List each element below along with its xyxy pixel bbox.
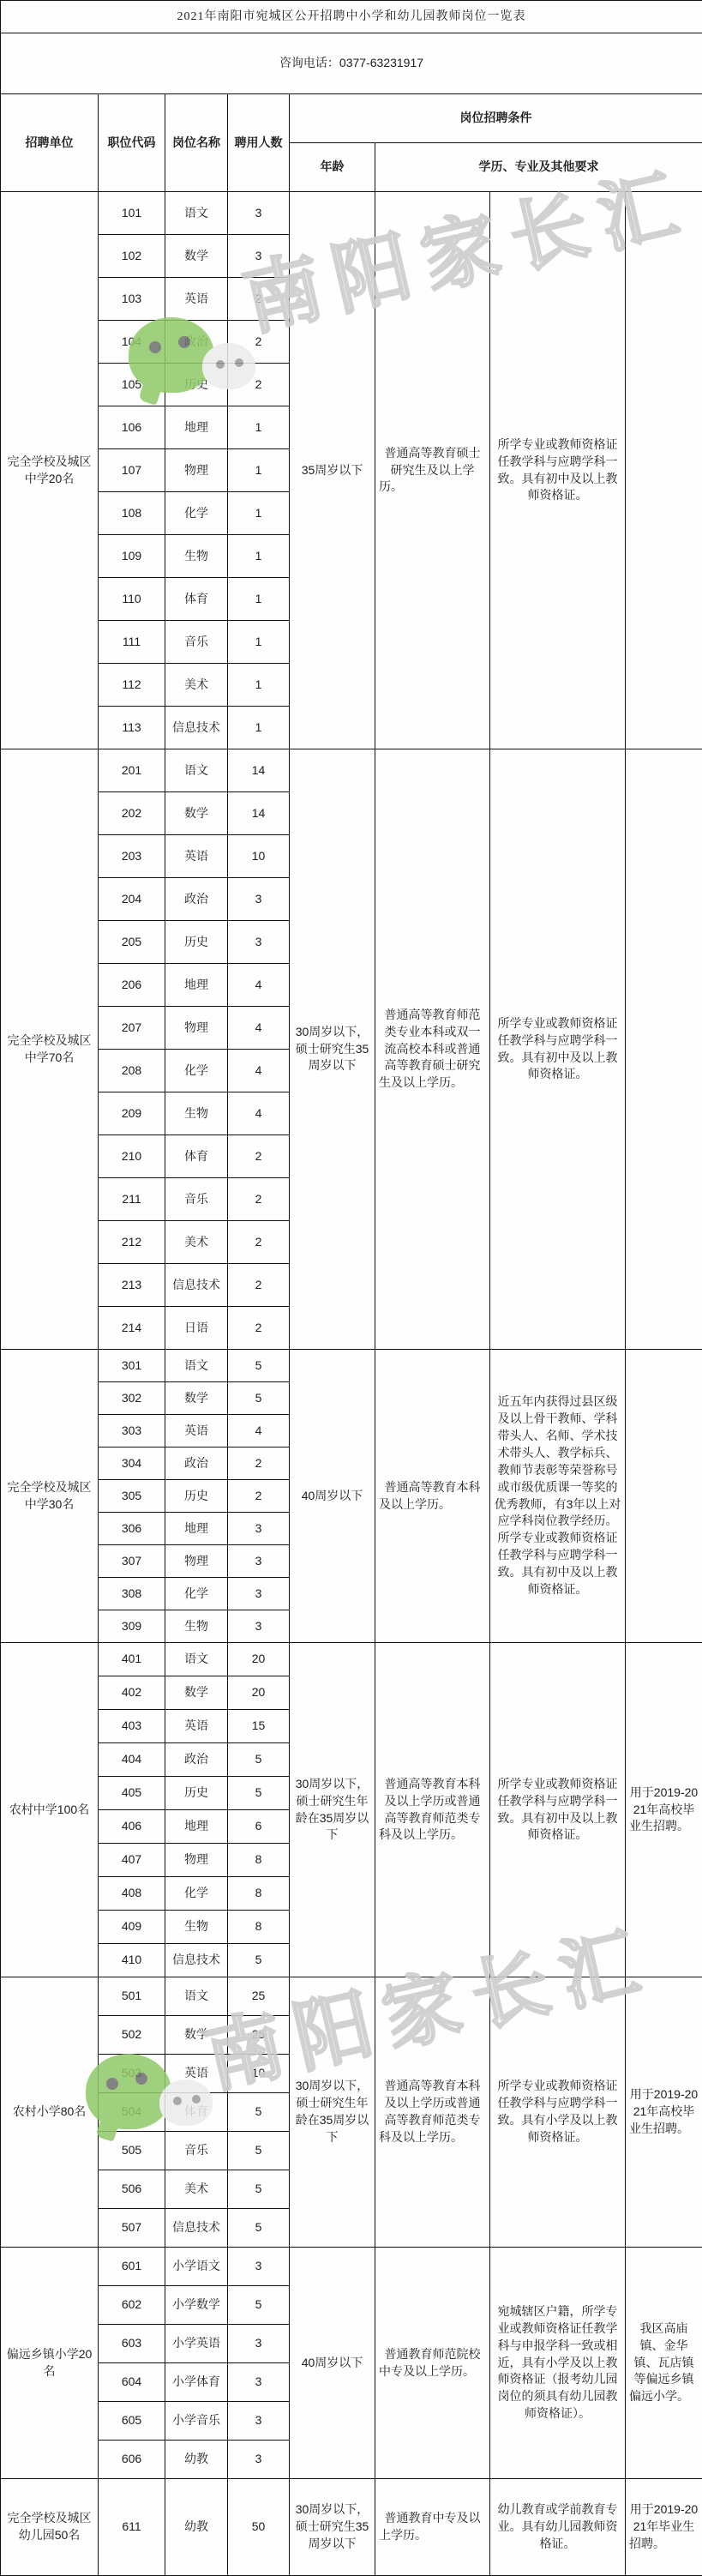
hire-count-cell: 3 (228, 2402, 290, 2441)
hire-count-cell: 4 (228, 964, 290, 1007)
hire-count-cell: 5 (228, 1382, 290, 1415)
hire-count-cell: 8 (228, 1877, 290, 1911)
position-code-cell: 307 (99, 1545, 165, 1578)
position-code-cell: 404 (99, 1743, 165, 1777)
subject-cell: 小学音乐 (165, 2402, 228, 2441)
subject-cell: 英语 (165, 1710, 228, 1743)
hire-count-cell: 5 (228, 2170, 290, 2209)
subject-cell: 数学 (165, 2016, 228, 2055)
hire-count-cell: 1 (228, 406, 290, 449)
position-code-cell: 304 (99, 1447, 165, 1480)
position-code-cell: 208 (99, 1050, 165, 1092)
hire-count-cell: 3 (228, 1545, 290, 1578)
other-requirement-cell: 宛城辖区户籍，所学专业或教师资格证任教学科与申报学科一致或相近，具有小学及以上教… (490, 2248, 626, 2479)
education-requirement-cell: 普通高等教育本科及以上学历。 (375, 1350, 490, 1643)
position-code-cell: 606 (99, 2441, 165, 2479)
hire-count-cell: 2 (228, 1178, 290, 1221)
hire-count-cell: 5 (228, 2286, 290, 2325)
phone-row: 咨询电话：0377-63231917 (1, 33, 702, 94)
position-code-cell: 306 (99, 1513, 165, 1545)
subject-cell: 英语 (165, 1415, 228, 1447)
hire-count-cell: 10 (228, 2055, 290, 2093)
subject-cell: 地理 (165, 1513, 228, 1545)
position-code-cell: 309 (99, 1610, 165, 1643)
other-requirement-cell: 所学专业或教师资格证任教学科与应聘学科一致。具有初中及以上教师资格证。 (490, 1643, 626, 1977)
subject-cell: 物理 (165, 1007, 228, 1050)
hire-count-cell: 3 (228, 192, 290, 235)
subject-cell: 化学 (165, 492, 228, 535)
hire-count-cell: 2 (228, 278, 290, 321)
table-row: 完全学校及城区中学30名301语文540周岁以下普通高等教育本科及以上学历。近五… (1, 1350, 702, 1382)
subject-cell: 数学 (165, 1382, 228, 1415)
hire-count-cell: 3 (228, 235, 290, 278)
table-row: 农村中学100名401语文2030周岁以下，硕士研究生年龄在35周岁以下普通高等… (1, 1643, 702, 1676)
position-code-cell: 409 (99, 1911, 165, 1944)
subject-cell: 信息技术 (165, 707, 228, 749)
recruitment-table: 2021年南阳市宛城区公开招聘中小学和幼儿园教师岗位一览表 咨询电话：0377-… (0, 0, 702, 2576)
hire-count-cell: 25 (228, 2016, 290, 2055)
subject-cell: 信息技术 (165, 2209, 228, 2248)
subject-cell: 信息技术 (165, 1944, 228, 1977)
position-code-cell: 501 (99, 1977, 165, 2016)
subject-cell: 体育 (165, 2093, 228, 2132)
header-unit: 招聘单位 (1, 94, 99, 192)
header-code: 职位代码 (99, 94, 165, 192)
hire-count-cell: 1 (228, 578, 290, 621)
age-requirement-cell: 35周岁以下 (290, 192, 375, 749)
header-position-name: 岗位名称 (165, 94, 228, 192)
table-row: 完全学校及城区中学70名201语文1430周岁以下，硕士研究生35周岁以下普通高… (1, 749, 702, 792)
hire-count-cell: 5 (228, 2093, 290, 2132)
subject-cell: 音乐 (165, 1178, 228, 1221)
age-requirement-cell: 30周岁以下，硕士研究生年龄在35周岁以下 (290, 1977, 375, 2248)
hire-count-cell: 1 (228, 535, 290, 578)
hire-count-cell: 5 (228, 1743, 290, 1777)
remark-cell: 用于2019-2021年毕业生招聘。 (626, 2479, 702, 2576)
position-code-cell: 601 (99, 2248, 165, 2286)
subject-cell: 数学 (165, 1676, 228, 1710)
age-requirement-cell: 30周岁以下，硕士研究生35周岁以下 (290, 2479, 375, 2576)
table-body: 完全学校及城区中学20名101语文335周岁以下普通高等教育硕士研究生及以上学历… (1, 192, 702, 2576)
hire-count-cell: 2 (228, 1480, 290, 1513)
subject-cell: 幼教 (165, 2441, 228, 2479)
subject-cell: 数学 (165, 235, 228, 278)
education-requirement-cell: 普通高等教育硕士研究生及以上学历。 (375, 192, 490, 749)
subject-cell: 日语 (165, 1307, 228, 1350)
position-code-cell: 401 (99, 1643, 165, 1676)
other-requirement-cell: 所学专业或教师资格证任教学科与应聘学科一致。具有初中及以上教师资格证。 (490, 192, 626, 749)
subject-cell: 美术 (165, 664, 228, 707)
position-code-cell: 505 (99, 2132, 165, 2170)
position-code-cell: 106 (99, 406, 165, 449)
subject-cell: 化学 (165, 1877, 228, 1911)
position-code-cell: 611 (99, 2479, 165, 2576)
subject-cell: 历史 (165, 921, 228, 964)
hire-count-cell: 10 (228, 835, 290, 878)
remark-cell: 我区高庙镇、金华镇、瓦店镇等偏远乡镇偏远小学。 (626, 2248, 702, 2479)
hire-count-cell: 8 (228, 1911, 290, 1944)
position-code-cell: 502 (99, 2016, 165, 2055)
hire-count-cell: 2 (228, 1264, 290, 1307)
position-code-cell: 212 (99, 1221, 165, 1264)
hire-count-cell: 6 (228, 1810, 290, 1844)
hire-count-cell: 1 (228, 492, 290, 535)
position-code-cell: 410 (99, 1944, 165, 1977)
position-code-cell: 504 (99, 2093, 165, 2132)
unit-cell: 完全学校及城区幼儿园50名 (1, 2479, 99, 2576)
hire-count-cell: 2 (228, 364, 290, 406)
unit-cell: 完全学校及城区中学70名 (1, 749, 99, 1350)
hire-count-cell: 5 (228, 1944, 290, 1977)
position-code-cell: 107 (99, 449, 165, 492)
header-age: 年龄 (290, 143, 375, 192)
page-title: 2021年南阳市宛城区公开招聘中小学和幼儿园教师岗位一览表 (1, 1, 702, 33)
hire-count-cell: 3 (228, 921, 290, 964)
subject-cell: 生物 (165, 535, 228, 578)
subject-cell: 生物 (165, 1911, 228, 1944)
position-code-cell: 109 (99, 535, 165, 578)
remark-cell (626, 192, 702, 749)
position-code-cell: 112 (99, 664, 165, 707)
position-code-cell: 205 (99, 921, 165, 964)
position-code-cell: 214 (99, 1307, 165, 1350)
position-code-cell: 308 (99, 1578, 165, 1610)
subject-cell: 语文 (165, 749, 228, 792)
position-code-cell: 402 (99, 1676, 165, 1710)
position-code-cell: 203 (99, 835, 165, 878)
table-row: 偏远乡镇小学20名601小学语文340周岁以下普通教育师范院校中专及以上学历。宛… (1, 2248, 702, 2286)
hire-count-cell: 14 (228, 749, 290, 792)
position-code-cell: 201 (99, 749, 165, 792)
subject-cell: 生物 (165, 1092, 228, 1135)
hire-count-cell: 3 (228, 2363, 290, 2402)
subject-cell: 化学 (165, 1050, 228, 1092)
position-code-cell: 211 (99, 1178, 165, 1221)
subject-cell: 音乐 (165, 2132, 228, 2170)
subject-cell: 数学 (165, 792, 228, 835)
hire-count-cell: 2 (228, 321, 290, 364)
hire-count-cell: 3 (228, 1610, 290, 1643)
title-row: 2021年南阳市宛城区公开招聘中小学和幼儿园教师岗位一览表 (1, 1, 702, 33)
position-code-cell: 111 (99, 621, 165, 664)
age-requirement-cell: 30周岁以下，硕士研究生年龄在35周岁以下 (290, 1643, 375, 1977)
position-code-cell: 213 (99, 1264, 165, 1307)
position-code-cell: 603 (99, 2325, 165, 2363)
position-code-cell: 503 (99, 2055, 165, 2093)
position-code-cell: 209 (99, 1092, 165, 1135)
other-requirement-cell: 幼儿教育或学前教育专业。具有幼儿园教师资格证。 (490, 2479, 626, 2576)
subject-cell: 英语 (165, 2055, 228, 2093)
table-row: 农村小学80名501语文2530周岁以下，硕士研究生年龄在35周岁以下普通高等教… (1, 1977, 702, 2016)
position-code-cell: 403 (99, 1710, 165, 1743)
subject-cell: 体育 (165, 578, 228, 621)
subject-cell: 美术 (165, 1221, 228, 1264)
document-page: 2021年南阳市宛城区公开招聘中小学和幼儿园教师岗位一览表 咨询电话：0377-… (0, 0, 702, 2576)
unit-cell: 农村中学100名 (1, 1643, 99, 1977)
contact-phone: 咨询电话：0377-63231917 (1, 33, 702, 94)
education-requirement-cell: 普通教育师范院校中专及以上学历。 (375, 2248, 490, 2479)
subject-cell: 历史 (165, 1480, 228, 1513)
unit-cell: 农村小学80名 (1, 1977, 99, 2248)
position-code-cell: 602 (99, 2286, 165, 2325)
subject-cell: 音乐 (165, 621, 228, 664)
header-hire-count: 聘用人数 (228, 94, 290, 192)
position-code-cell: 407 (99, 1844, 165, 1877)
subject-cell: 政治 (165, 321, 228, 364)
remark-cell (626, 749, 702, 1350)
position-code-cell: 604 (99, 2363, 165, 2402)
unit-cell: 偏远乡镇小学20名 (1, 2248, 99, 2479)
position-code-cell: 202 (99, 792, 165, 835)
hire-count-cell: 4 (228, 1415, 290, 1447)
subject-cell: 语文 (165, 192, 228, 235)
hire-count-cell: 20 (228, 1643, 290, 1676)
subject-cell: 信息技术 (165, 1264, 228, 1307)
hire-count-cell: 2 (228, 1447, 290, 1480)
subject-cell: 物理 (165, 1545, 228, 1578)
table-row: 完全学校及城区幼儿园50名611幼教5030周岁以下，硕士研究生35周岁以下普通… (1, 2479, 702, 2576)
hire-count-cell: 3 (228, 878, 290, 921)
other-requirement-cell: 所学专业或教师资格证任教学科与应聘学科一致。具有初中及以上教师资格证。 (490, 749, 626, 1350)
hire-count-cell: 20 (228, 1676, 290, 1710)
subject-cell: 小学体育 (165, 2363, 228, 2402)
position-code-cell: 305 (99, 1480, 165, 1513)
remark-cell: 用于2019-2021年高校毕业生招聘。 (626, 1977, 702, 2248)
subject-cell: 幼教 (165, 2479, 228, 2576)
hire-count-cell: 5 (228, 1350, 290, 1382)
hire-count-cell: 4 (228, 1092, 290, 1135)
subject-cell: 政治 (165, 1447, 228, 1480)
hire-count-cell: 14 (228, 792, 290, 835)
subject-cell: 语文 (165, 1977, 228, 2016)
age-requirement-cell: 40周岁以下 (290, 2248, 375, 2479)
education-requirement-cell: 普通高等教育本科及以上学历或普通高等教育师范类专科及以上学历。 (375, 1977, 490, 2248)
subject-cell: 英语 (165, 278, 228, 321)
header-conditions: 岗位招聘条件 (290, 94, 702, 143)
subject-cell: 小学语文 (165, 2248, 228, 2286)
hire-count-cell: 3 (228, 1578, 290, 1610)
position-code-cell: 405 (99, 1777, 165, 1810)
unit-cell: 完全学校及城区中学30名 (1, 1350, 99, 1643)
remark-cell (626, 1350, 702, 1643)
age-requirement-cell: 40周岁以下 (290, 1350, 375, 1643)
position-code-cell: 406 (99, 1810, 165, 1844)
subject-cell: 物理 (165, 1844, 228, 1877)
subject-cell: 英语 (165, 835, 228, 878)
hire-count-cell: 3 (228, 2248, 290, 2286)
subject-cell: 政治 (165, 878, 228, 921)
position-code-cell: 113 (99, 707, 165, 749)
header-edu-requirements: 学历、专业及其他要求 (375, 143, 702, 192)
hire-count-cell: 3 (228, 2441, 290, 2479)
subject-cell: 小学数学 (165, 2286, 228, 2325)
position-code-cell: 110 (99, 578, 165, 621)
position-code-cell: 204 (99, 878, 165, 921)
subject-cell: 政治 (165, 1743, 228, 1777)
subject-cell: 历史 (165, 364, 228, 406)
table-row: 完全学校及城区中学20名101语文335周岁以下普通高等教育硕士研究生及以上学历… (1, 192, 702, 235)
subject-cell: 地理 (165, 406, 228, 449)
subject-cell: 地理 (165, 964, 228, 1007)
position-code-cell: 207 (99, 1007, 165, 1050)
hire-count-cell: 3 (228, 2325, 290, 2363)
hire-count-cell: 8 (228, 1844, 290, 1877)
education-requirement-cell: 普通教育中专及以上学历。 (375, 2479, 490, 2576)
remark-cell: 用于2019-2021年高校毕业生招聘。 (626, 1643, 702, 1977)
subject-cell: 物理 (165, 449, 228, 492)
position-code-cell: 408 (99, 1877, 165, 1911)
hire-count-cell: 25 (228, 1977, 290, 2016)
position-code-cell: 104 (99, 321, 165, 364)
header-row-1: 招聘单位 职位代码 岗位名称 聘用人数 岗位招聘条件 (1, 94, 702, 143)
other-requirement-cell: 近五年内获得过县区级及以上骨干教师、学科带头人、名师、学术技术带头人、教学标兵、… (490, 1350, 626, 1643)
education-requirement-cell: 普通高等教育本科及以上学历或普通高等教育师范类专科及以上学历。 (375, 1643, 490, 1977)
hire-count-cell: 1 (228, 664, 290, 707)
hire-count-cell: 50 (228, 2479, 290, 2576)
position-code-cell: 103 (99, 278, 165, 321)
subject-cell: 语文 (165, 1643, 228, 1676)
position-code-cell: 210 (99, 1135, 165, 1178)
position-code-cell: 301 (99, 1350, 165, 1382)
hire-count-cell: 1 (228, 621, 290, 664)
unit-cell: 完全学校及城区中学20名 (1, 192, 99, 749)
position-code-cell: 302 (99, 1382, 165, 1415)
subject-cell: 小学英语 (165, 2325, 228, 2363)
hire-count-cell: 4 (228, 1007, 290, 1050)
position-code-cell: 101 (99, 192, 165, 235)
position-code-cell: 105 (99, 364, 165, 406)
hire-count-cell: 3 (228, 1513, 290, 1545)
subject-cell: 历史 (165, 1777, 228, 1810)
hire-count-cell: 2 (228, 1307, 290, 1350)
hire-count-cell: 5 (228, 2132, 290, 2170)
hire-count-cell: 2 (228, 1135, 290, 1178)
position-code-cell: 206 (99, 964, 165, 1007)
hire-count-cell: 1 (228, 449, 290, 492)
subject-cell: 化学 (165, 1578, 228, 1610)
hire-count-cell: 5 (228, 1777, 290, 1810)
position-code-cell: 605 (99, 2402, 165, 2441)
position-code-cell: 303 (99, 1415, 165, 1447)
hire-count-cell: 15 (228, 1710, 290, 1743)
education-requirement-cell: 普通高等教育师范类专业本科或双一流高校本科或普通高等教育硕士研究生及以上学历。 (375, 749, 490, 1350)
position-code-cell: 507 (99, 2209, 165, 2248)
subject-cell: 体育 (165, 1135, 228, 1178)
hire-count-cell: 1 (228, 707, 290, 749)
table-header: 2021年南阳市宛城区公开招聘中小学和幼儿园教师岗位一览表 咨询电话：0377-… (1, 1, 702, 192)
subject-cell: 美术 (165, 2170, 228, 2209)
age-requirement-cell: 30周岁以下，硕士研究生35周岁以下 (290, 749, 375, 1350)
other-requirement-cell: 所学专业或教师资格证任教学科与应聘学科一致。具有小学及以上教师资格证。 (490, 1977, 626, 2248)
hire-count-cell: 2 (228, 1221, 290, 1264)
subject-cell: 地理 (165, 1810, 228, 1844)
position-code-cell: 108 (99, 492, 165, 535)
hire-count-cell: 5 (228, 2209, 290, 2248)
position-code-cell: 102 (99, 235, 165, 278)
subject-cell: 语文 (165, 1350, 228, 1382)
position-code-cell: 506 (99, 2170, 165, 2209)
hire-count-cell: 4 (228, 1050, 290, 1092)
subject-cell: 生物 (165, 1610, 228, 1643)
